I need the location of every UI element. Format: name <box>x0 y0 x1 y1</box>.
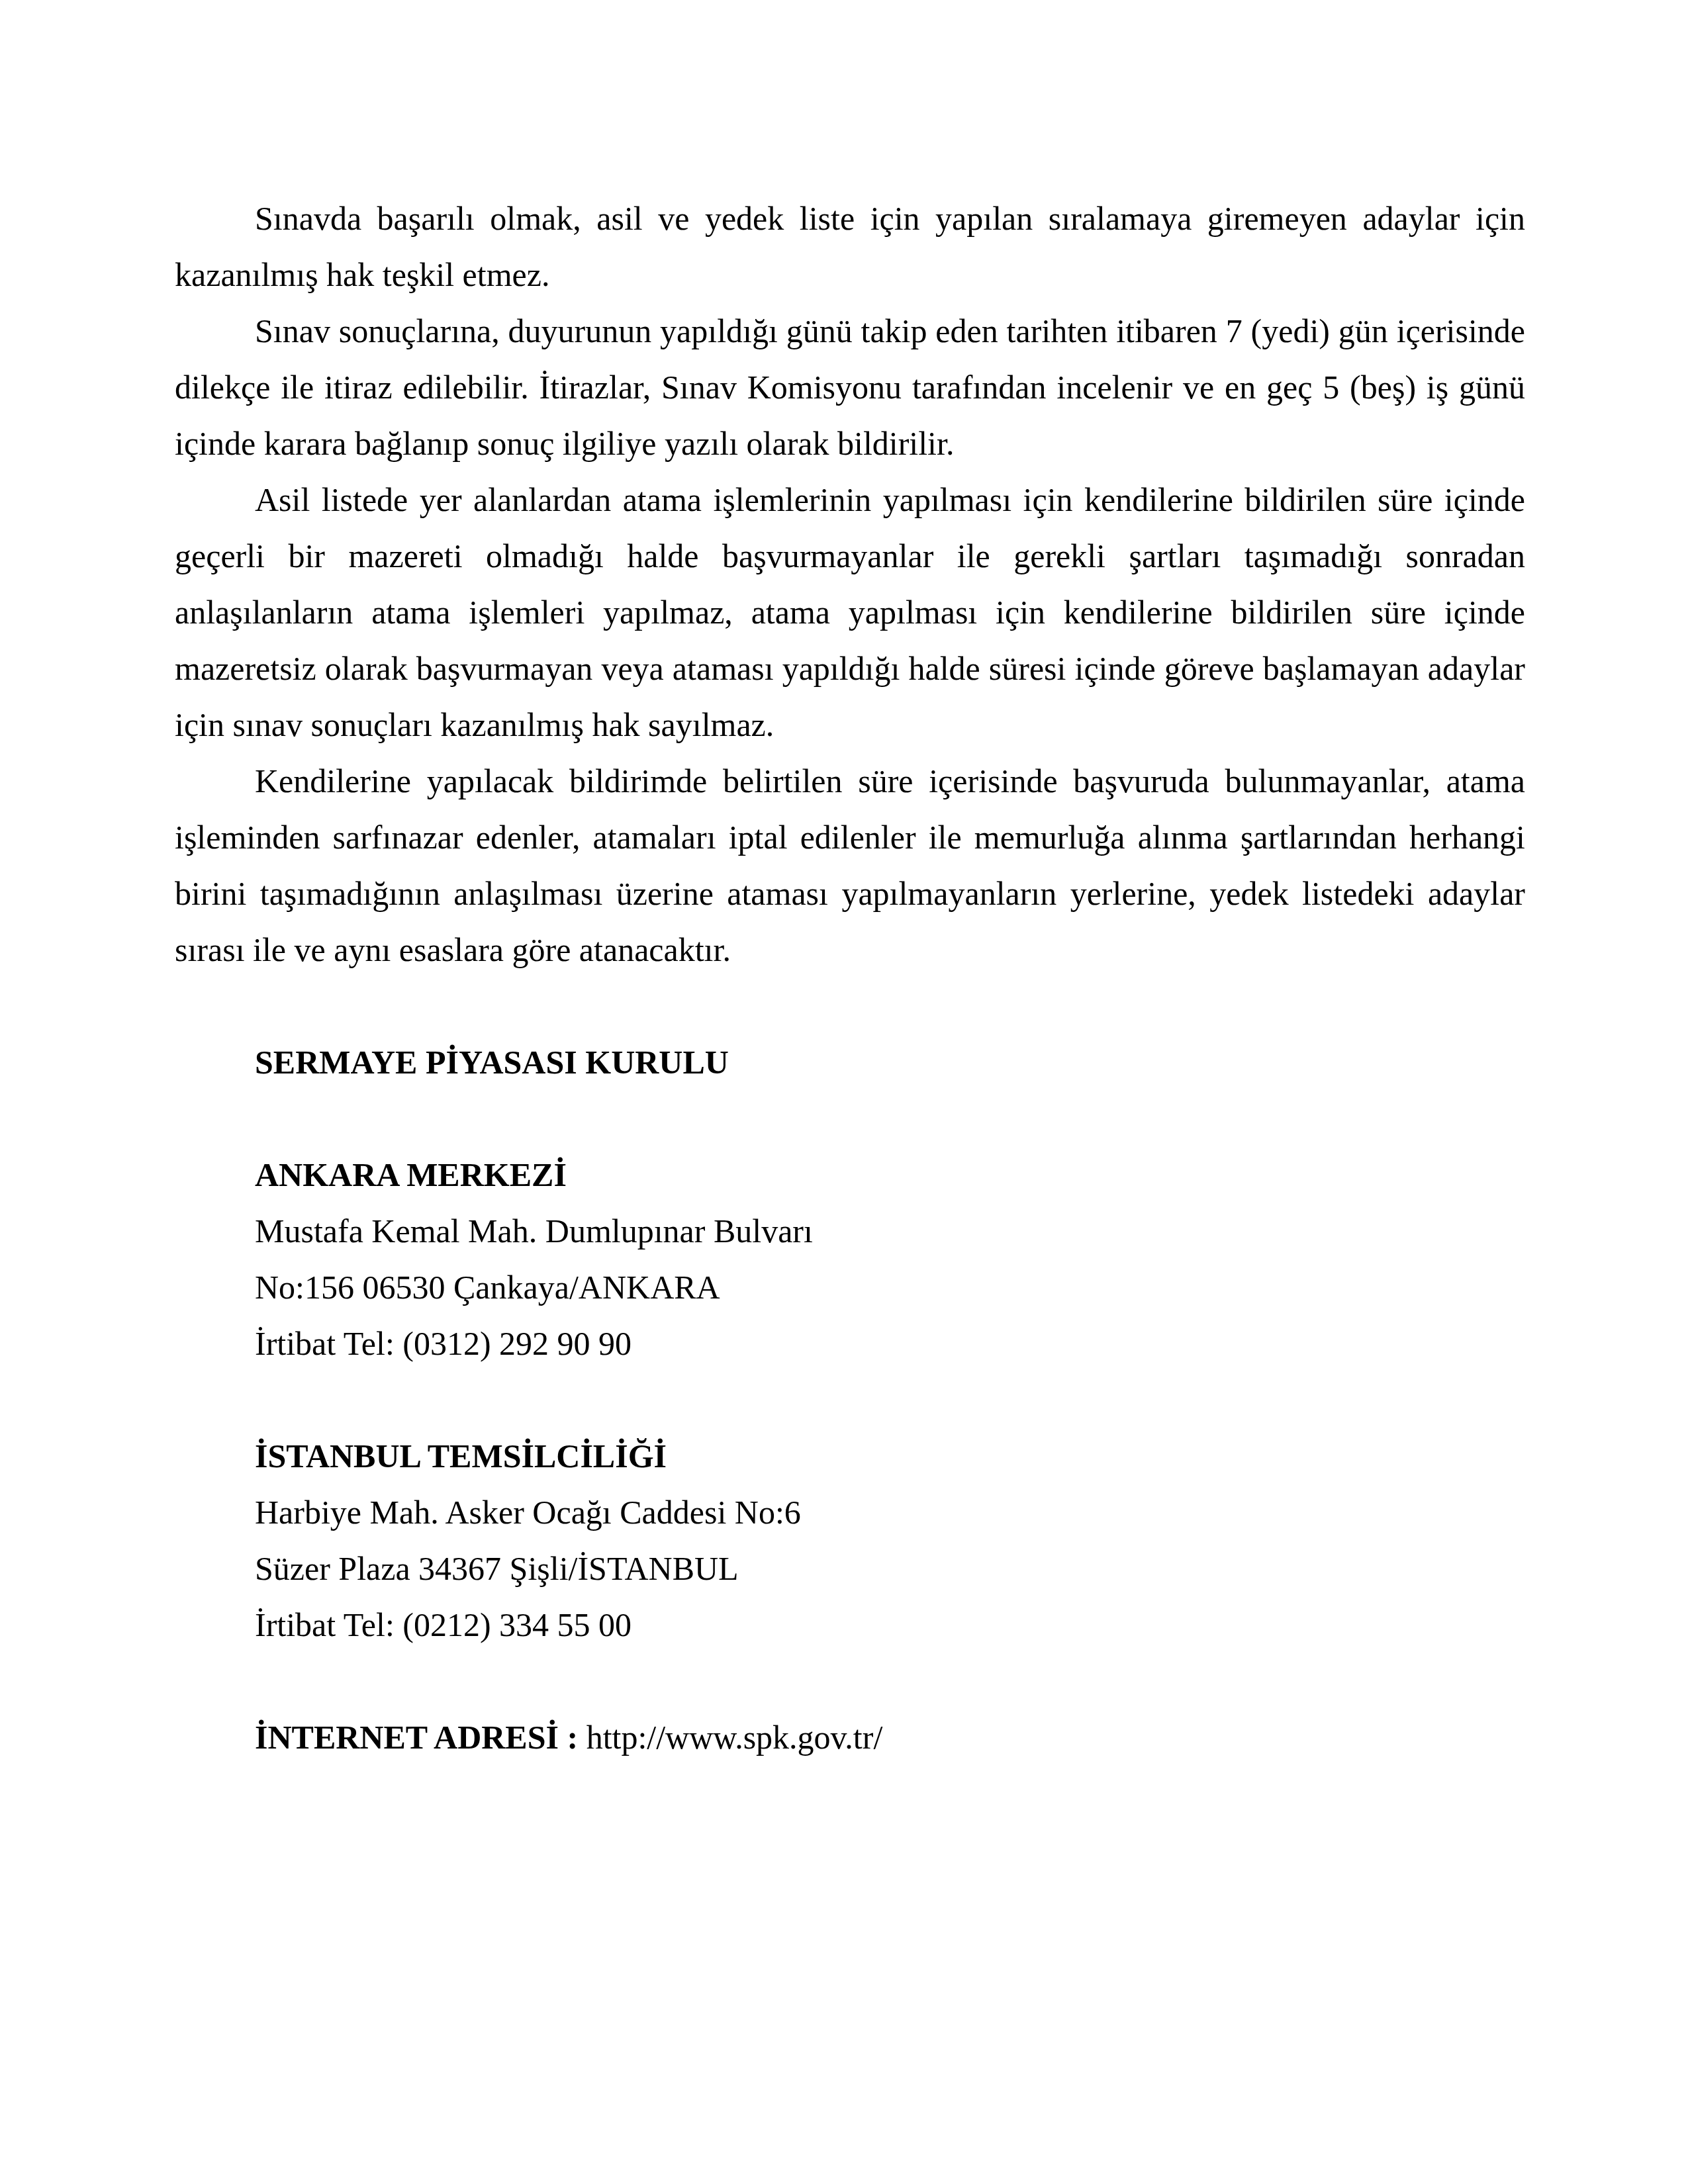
istanbul-phone: İrtibat Tel: (0212) 334 55 00 <box>255 1597 1525 1653</box>
document-page: Sınavda başarılı olmak, asil ve yedek li… <box>175 191 1525 1766</box>
ankara-phone: İrtibat Tel: (0312) 292 90 90 <box>255 1316 1525 1372</box>
paragraph-reserve-list: Kendilerine yapılacak bildirimde belirti… <box>175 753 1525 978</box>
istanbul-office-title: İSTANBUL TEMSİLCİLİĞİ <box>255 1428 1525 1484</box>
website-link[interactable]: http://www.spk.gov.tr/ <box>586 1719 883 1756</box>
organization-name: SERMAYE PİYASASI KURULU <box>255 1034 1525 1091</box>
spacer <box>175 978 1525 1034</box>
spacer <box>255 1091 1525 1147</box>
ankara-address-line2: No:156 06530 Çankaya/ANKARA <box>255 1259 1525 1316</box>
istanbul-office: İSTANBUL TEMSİLCİLİĞİ Harbiye Mah. Asker… <box>255 1428 1525 1653</box>
contact-block: SERMAYE PİYASASI KURULU ANKARA MERKEZİ M… <box>255 1034 1525 1766</box>
spacer <box>255 1653 1525 1709</box>
spacer <box>255 1372 1525 1428</box>
paragraph-exam-success: Sınavda başarılı olmak, asil ve yedek li… <box>175 191 1525 303</box>
ankara-address-line1: Mustafa Kemal Mah. Dumlupınar Bulvarı <box>255 1203 1525 1259</box>
istanbul-address-line1: Harbiye Mah. Asker Ocağı Caddesi No:6 <box>255 1484 1525 1541</box>
ankara-office-title: ANKARA MERKEZİ <box>255 1147 1525 1203</box>
internet-address: İNTERNET ADRESİ : http://www.spk.gov.tr/ <box>255 1709 1525 1766</box>
paragraph-assignment: Asil listede yer alanlardan atama işleml… <box>175 472 1525 753</box>
istanbul-address-line2: Süzer Plaza 34367 Şişli/İSTANBUL <box>255 1541 1525 1597</box>
paragraph-objection: Sınav sonuçlarına, duyurunun yapıldığı g… <box>175 303 1525 472</box>
internet-address-label: İNTERNET ADRESİ : <box>255 1719 578 1756</box>
ankara-office: ANKARA MERKEZİ Mustafa Kemal Mah. Dumlup… <box>255 1147 1525 1372</box>
